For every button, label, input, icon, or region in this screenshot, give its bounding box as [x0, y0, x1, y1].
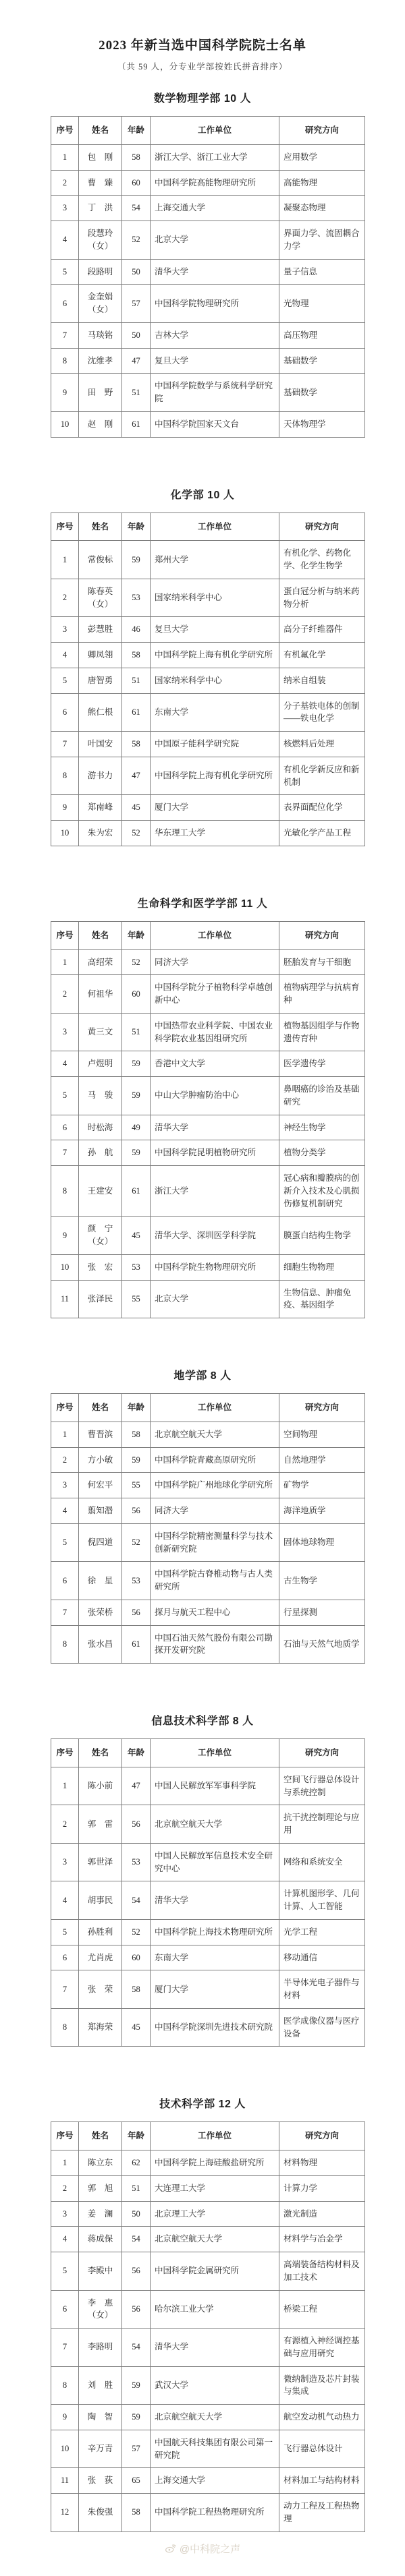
column-header: 研究方向	[279, 513, 365, 541]
age-cell: 53	[122, 579, 151, 617]
research-field-cell: 生物信息、肿瘤免疫、基因组学	[279, 1280, 365, 1318]
sections: 数学物理学部 10 人 序号姓名年龄工作单位研究方向 1包 刚58浙江大学、浙江…	[0, 90, 405, 2532]
work-unit-cell: 中国热带农业科学院、中国农业科学院农业基因组研究所	[151, 1013, 279, 1051]
age-cell: 57	[122, 285, 151, 323]
page-subtitle: （共 59 人，分专业学部按姓氏拼音排序）	[0, 60, 405, 72]
table-row: 4卿凤翎58中国科学院上海有机化学研究所有机氟化学	[51, 643, 365, 668]
age-cell: 62	[122, 2150, 151, 2176]
research-field-cell: 激光制造	[279, 2201, 365, 2227]
name-cell: 张荣桥	[79, 1600, 122, 1625]
row-number-cell: 5	[51, 259, 79, 285]
age-cell: 50	[122, 2201, 151, 2227]
name-cell: 陶 智	[79, 2405, 122, 2430]
work-unit-cell: 同济大学	[151, 949, 279, 975]
column-header: 年龄	[122, 117, 151, 145]
table-row: 2何祖华60中国科学院分子植物科学卓越创新中心植物病理学与抗病育种	[51, 975, 365, 1014]
table-row: 2曹 臻60中国科学院高能物理研究所高能物理	[51, 170, 365, 196]
work-unit-cell: 国家纳米科学中心	[151, 668, 279, 693]
age-cell: 54	[122, 2227, 151, 2252]
table-row: 10赵 刚61中国科学院国家天文台天体物理学	[51, 411, 365, 437]
table-row: 11张泽民55北京大学生物信息、肿瘤免疫、基因组学	[51, 1280, 365, 1318]
age-cell: 54	[122, 196, 151, 221]
work-unit-cell: 同济大学	[151, 1498, 279, 1524]
row-number-cell: 7	[51, 1140, 79, 1166]
column-header: 序号	[51, 1739, 79, 1767]
name-cell: 段路明	[79, 259, 122, 285]
work-unit-cell: 中国人民解放军军事科学院	[151, 1767, 279, 1805]
age-cell: 52	[122, 221, 151, 260]
research-field-cell: 动力工程及工程热物理	[279, 2494, 365, 2532]
table-row: 4胡事民54清华大学计算机图形学、几何计算、人工智能	[51, 1881, 365, 1920]
column-header: 姓名	[79, 1739, 122, 1767]
research-field-cell: 有机化学新反应和新机制	[279, 757, 365, 795]
research-field-cell: 计算机图形学、几何计算、人工智能	[279, 1881, 365, 1920]
row-number-cell: 7	[51, 732, 79, 757]
research-field-cell: 光物理	[279, 285, 365, 323]
row-number-cell: 10	[51, 1254, 79, 1280]
age-cell: 47	[122, 348, 151, 374]
row-number-cell: 9	[51, 374, 79, 412]
age-cell: 59	[122, 1447, 151, 1473]
table-row: 3何宏平55中国科学院广州地球化学研究所矿物学	[51, 1473, 365, 1498]
age-cell: 59	[122, 1140, 151, 1166]
table-row: 9田 野51中国科学院数学与系统科学研究院基础数学	[51, 374, 365, 412]
research-field-cell: 细胞生物物理	[279, 1254, 365, 1280]
age-cell: 58	[122, 1422, 151, 1447]
age-cell: 56	[122, 1600, 151, 1625]
age-cell: 58	[122, 2494, 151, 2532]
research-field-cell: 蛋白冠分析与纳米药物分析	[279, 579, 365, 617]
research-field-cell: 古生物学	[279, 1562, 365, 1600]
work-unit-cell: 中国科学院分子植物科学卓越创新中心	[151, 975, 279, 1014]
row-number-cell: 4	[51, 221, 79, 260]
work-unit-cell: 北京大学	[151, 1280, 279, 1318]
research-field-cell: 材料学与冶金学	[279, 2227, 365, 2252]
name-cell: 张 荻	[79, 2468, 122, 2494]
roster-table: 序号姓名年龄工作单位研究方向 1曹晋滨58北京航空航天大学空间物理2方小敏59中…	[51, 1393, 365, 1664]
research-field-cell: 凝聚态物理	[279, 196, 365, 221]
research-field-cell: 半导体光电子器件与材料	[279, 1970, 365, 2009]
table-row: 10辛万青57中国航天科技集团有限公司第一研究院飞行器总体设计	[51, 2430, 365, 2468]
table-row: 9颜 宁 （女）45清华大学、深圳医学科学院膜蛋白结构生物学	[51, 1217, 365, 1255]
row-number-cell: 3	[51, 1473, 79, 1498]
work-unit-cell: 复旦大学	[151, 617, 279, 643]
age-cell: 59	[122, 1051, 151, 1077]
research-field-cell: 高压物理	[279, 322, 365, 348]
age-cell: 46	[122, 617, 151, 643]
column-header: 工作单位	[151, 1394, 279, 1422]
table-row: 1曹晋滨58北京航空航天大学空间物理	[51, 1422, 365, 1447]
age-cell: 50	[122, 322, 151, 348]
research-field-cell: 医学遗传学	[279, 1051, 365, 1077]
research-field-cell: 移动通信	[279, 1945, 365, 1970]
row-number-cell: 5	[51, 2252, 79, 2291]
age-cell: 60	[122, 1945, 151, 1970]
research-field-cell: 神经生物学	[279, 1115, 365, 1140]
name-cell: 张水昌	[79, 1625, 122, 1664]
row-number-cell: 4	[51, 1881, 79, 1920]
name-cell: 张 宏	[79, 1254, 122, 1280]
research-field-cell: 基础数学	[279, 374, 365, 412]
name-cell: 郭 旭	[79, 2175, 122, 2201]
table-body: 1陈立东62中国科学院上海硅酸盐研究所材料物理2郭 旭51大连理工大学计算力学3…	[51, 2150, 365, 2532]
work-unit-cell: 中国原子能科学研究院	[151, 732, 279, 757]
work-unit-cell: 中国航天科技集团有限公司第一研究院	[151, 2430, 279, 2468]
table-row: 6熊仁根61东南大学分子基铁电体的创制 ——铁电化学	[51, 693, 365, 732]
table-row: 7叶国安58中国原子能科学研究院核燃料后处理	[51, 732, 365, 757]
research-field-cell: 空间物理	[279, 1422, 365, 1447]
table-row: 2郭 雷56北京航空航天大学抗干扰控制理论与应用	[51, 1805, 365, 1844]
name-cell: 颜 宁 （女）	[79, 1217, 122, 1255]
research-field-cell: 固体地球物理	[279, 1523, 365, 1562]
column-header: 工作单位	[151, 1739, 279, 1767]
work-unit-cell: 东南大学	[151, 693, 279, 732]
work-unit-cell: 吉林大学	[151, 322, 279, 348]
name-cell: 卿凤翎	[79, 643, 122, 668]
roster-section: 地学部 8 人 序号姓名年龄工作单位研究方向 1曹晋滨58北京航空航天大学空间物…	[0, 1367, 405, 1664]
age-cell: 47	[122, 1767, 151, 1805]
row-number-cell: 8	[51, 2008, 79, 2047]
age-cell: 53	[122, 1843, 151, 1881]
age-cell: 51	[122, 374, 151, 412]
row-number-cell: 8	[51, 1625, 79, 1664]
work-unit-cell: 清华大学	[151, 2329, 279, 2367]
work-unit-cell: 浙江大学、浙江工业大学	[151, 144, 279, 170]
column-header: 研究方向	[279, 921, 365, 949]
roster-table: 序号姓名年龄工作单位研究方向 1高绍荣52同济大学胚胎发育与干细胞2何祖华60中…	[51, 921, 365, 1318]
column-header: 姓名	[79, 117, 122, 145]
age-cell: 51	[122, 668, 151, 693]
age-cell: 59	[122, 541, 151, 579]
age-cell: 58	[122, 1970, 151, 2009]
research-field-cell: 纳米自组装	[279, 668, 365, 693]
research-field-cell: 空间飞行器总体设计与系统控制	[279, 1767, 365, 1805]
column-header: 研究方向	[279, 2122, 365, 2150]
row-number-cell: 7	[51, 1970, 79, 2009]
name-cell: 孙 航	[79, 1140, 122, 1166]
research-field-cell: 鼻咽癌的诊治及基础研究	[279, 1077, 365, 1115]
column-header: 工作单位	[151, 117, 279, 145]
row-number-cell: 1	[51, 1422, 79, 1447]
section-title: 生命科学和医学学部 11 人	[0, 895, 405, 910]
column-header: 年龄	[122, 2122, 151, 2150]
work-unit-cell: 北京航空航天大学	[151, 2405, 279, 2430]
table-body: 1陈小前47中国人民解放军军事科学院空间飞行器总体设计与系统控制2郭 雷56北京…	[51, 1767, 365, 2047]
column-header: 姓名	[79, 513, 122, 541]
age-cell: 56	[122, 1498, 151, 1524]
column-header: 序号	[51, 2122, 79, 2150]
column-header: 工作单位	[151, 921, 279, 949]
section-title: 信息技术科学部 8 人	[0, 1712, 405, 1728]
age-cell: 58	[122, 144, 151, 170]
table-row: 4段慧玲 （女）52北京大学界面力学、流固耦合力学	[51, 221, 365, 260]
table-header-row: 序号姓名年龄工作单位研究方向	[51, 921, 365, 949]
table-row: 6尤肖虎60东南大学移动通信	[51, 1945, 365, 1970]
row-number-cell: 11	[51, 2468, 79, 2494]
row-number-cell: 11	[51, 1280, 79, 1318]
table-body: 1常俊标59郑州大学有机化学、药物化学、化学生物学2陈春英 （女）53国家纳米科…	[51, 541, 365, 846]
name-cell: 辛万青	[79, 2430, 122, 2468]
name-cell: 常俊标	[79, 541, 122, 579]
name-cell: 何祖华	[79, 975, 122, 1014]
table-body: 1包 刚58浙江大学、浙江工业大学应用数学2曹 臻60中国科学院高能物理研究所高…	[51, 144, 365, 437]
research-field-cell: 飞行器总体设计	[279, 2430, 365, 2468]
weibo-icon	[165, 2543, 177, 2554]
row-number-cell: 1	[51, 144, 79, 170]
work-unit-cell: 中国科学院古脊椎动物与古人类研究所	[151, 1562, 279, 1600]
row-number-cell: 2	[51, 1447, 79, 1473]
name-cell: 李路明	[79, 2329, 122, 2367]
research-field-cell: 分子基铁电体的创制 ——铁电化学	[279, 693, 365, 732]
table-row: 3彭慧胜46复旦大学高分子纤维器件	[51, 617, 365, 643]
row-number-cell: 2	[51, 579, 79, 617]
research-field-cell: 界面力学、流固耦合力学	[279, 221, 365, 260]
work-unit-cell: 中国科学院上海有机化学研究所	[151, 643, 279, 668]
row-number-cell: 6	[51, 693, 79, 732]
work-unit-cell: 浙江大学	[151, 1166, 279, 1217]
table-row: 4翦知湣56同济大学海洋地质学	[51, 1498, 365, 1524]
column-header: 工作单位	[151, 513, 279, 541]
name-cell: 徐 星	[79, 1562, 122, 1600]
work-unit-cell: 北京航空航天大学	[151, 2227, 279, 2252]
name-cell: 方小敏	[79, 1447, 122, 1473]
name-cell: 赵 刚	[79, 411, 122, 437]
table-row: 9陶 智59北京航空航天大学航空发动机气动热力	[51, 2405, 365, 2430]
name-cell: 卢煜明	[79, 1051, 122, 1077]
row-number-cell: 3	[51, 196, 79, 221]
work-unit-cell: 中国科学院精密测量科学与技术创新研究院	[151, 1523, 279, 1562]
name-cell: 王建安	[79, 1166, 122, 1217]
work-unit-cell: 大连理工大学	[151, 2175, 279, 2201]
research-field-cell: 植物分类学	[279, 1140, 365, 1166]
research-field-cell: 抗干扰控制理论与应用	[279, 1805, 365, 1844]
name-cell: 张泽民	[79, 1280, 122, 1318]
row-number-cell: 5	[51, 1523, 79, 1562]
name-cell: 孙胜利	[79, 1919, 122, 1945]
name-cell: 朱俊强	[79, 2494, 122, 2532]
table-row: 8王建安61浙江大学冠心病和瓣膜病的创新介入技术及心肌损伤修复机制研究	[51, 1166, 365, 1217]
work-unit-cell: 中国科学院国家天文台	[151, 411, 279, 437]
work-unit-cell: 中国科学院物理研究所	[151, 285, 279, 323]
name-cell: 高绍荣	[79, 949, 122, 975]
roster-table: 序号姓名年龄工作单位研究方向 1包 刚58浙江大学、浙江工业大学应用数学2曹 臻…	[51, 116, 365, 438]
document-page: 2023 年新当选中国科学院院士名单 （共 59 人，分专业学部按姓氏拼音排序）…	[0, 0, 405, 2576]
column-header: 序号	[51, 513, 79, 541]
work-unit-cell: 探月与航天工程中心	[151, 1600, 279, 1625]
row-number-cell: 10	[51, 2430, 79, 2468]
row-number-cell: 7	[51, 1600, 79, 1625]
research-field-cell: 量子信息	[279, 259, 365, 285]
table-row: 7李路明54清华大学有源植入神经调控基础与应用研究	[51, 2329, 365, 2367]
page-title: 2023 年新当选中国科学院院士名单	[0, 35, 405, 53]
table-row: 7孙 航59中国科学院昆明植物研究所植物分类学	[51, 1140, 365, 1166]
work-unit-cell: 中国科学院生物物理研究所	[151, 1254, 279, 1280]
column-header: 年龄	[122, 1394, 151, 1422]
table-row: 1陈小前47中国人民解放军军事科学院空间飞行器总体设计与系统控制	[51, 1767, 365, 1805]
age-cell: 45	[122, 2008, 151, 2047]
research-field-cell: 冠心病和瓣膜病的创新介入技术及心肌损伤修复机制研究	[279, 1166, 365, 1217]
name-cell: 郑海荣	[79, 2008, 122, 2047]
age-cell: 61	[122, 693, 151, 732]
research-field-cell: 表界面配位化学	[279, 795, 365, 821]
row-number-cell: 2	[51, 975, 79, 1014]
column-header: 年龄	[122, 513, 151, 541]
work-unit-cell: 中国科学院工程热物理研究所	[151, 2494, 279, 2532]
row-number-cell: 4	[51, 1498, 79, 1524]
age-cell: 56	[122, 1805, 151, 1844]
name-cell: 朱为宏	[79, 821, 122, 846]
row-number-cell: 1	[51, 2150, 79, 2176]
table-row: 7马琰铭50吉林大学高压物理	[51, 322, 365, 348]
watermark: @中科院之声	[0, 2542, 405, 2556]
row-number-cell: 8	[51, 2366, 79, 2405]
age-cell: 58	[122, 732, 151, 757]
research-field-cell: 植物病理学与抗病育种	[279, 975, 365, 1014]
row-number-cell: 10	[51, 411, 79, 437]
work-unit-cell: 中国科学院金属研究所	[151, 2252, 279, 2291]
row-number-cell: 6	[51, 1945, 79, 1970]
table-row: 7张 荣58厦门大学半导体光电子器件与材料	[51, 1970, 365, 2009]
table-header-row: 序号姓名年龄工作单位研究方向	[51, 117, 365, 145]
age-cell: 55	[122, 1280, 151, 1318]
table-row: 5李殿中56中国科学院金属研究所高端装备结构材料及加工技术	[51, 2252, 365, 2291]
research-field-cell: 计算力学	[279, 2175, 365, 2201]
research-field-cell: 海洋地质学	[279, 1498, 365, 1524]
research-field-cell: 胚胎发育与干细胞	[279, 949, 365, 975]
table-header-row: 序号姓名年龄工作单位研究方向	[51, 513, 365, 541]
age-cell: 53	[122, 1562, 151, 1600]
name-cell: 时松海	[79, 1115, 122, 1140]
research-field-cell: 高能物理	[279, 170, 365, 196]
row-number-cell: 3	[51, 1013, 79, 1051]
research-field-cell: 材料加工与结构材料	[279, 2468, 365, 2494]
name-cell: 唐智勇	[79, 668, 122, 693]
table-row: 7张荣桥56探月与航天工程中心行星探测	[51, 1600, 365, 1625]
work-unit-cell: 中国科学院昆明植物研究所	[151, 1140, 279, 1166]
work-unit-cell: 哈尔滨工业大学	[151, 2290, 279, 2329]
watermark-text: @中科院之声	[180, 2542, 240, 2556]
work-unit-cell: 清华大学	[151, 259, 279, 285]
row-number-cell: 6	[51, 1115, 79, 1140]
age-cell: 59	[122, 1077, 151, 1115]
roster-table: 序号姓名年龄工作单位研究方向 1陈立东62中国科学院上海硅酸盐研究所材料物理2郭…	[51, 2121, 365, 2531]
name-cell: 陈春英 （女）	[79, 579, 122, 617]
section-title: 技术科学部 12 人	[0, 2095, 405, 2111]
age-cell: 51	[122, 2175, 151, 2201]
table-body: 1高绍荣52同济大学胚胎发育与干细胞2何祖华60中国科学院分子植物科学卓越创新中…	[51, 949, 365, 1318]
age-cell: 52	[122, 1523, 151, 1562]
work-unit-cell: 厦门大学	[151, 795, 279, 821]
column-header: 序号	[51, 1394, 79, 1422]
work-unit-cell: 上海交通大学	[151, 196, 279, 221]
table-header-row: 序号姓名年龄工作单位研究方向	[51, 1394, 365, 1422]
roster-section: 数学物理学部 10 人 序号姓名年龄工作单位研究方向 1包 刚58浙江大学、浙江…	[0, 90, 405, 438]
column-header: 序号	[51, 117, 79, 145]
name-cell: 胡事民	[79, 1881, 122, 1920]
table-row: 1常俊标59郑州大学有机化学、药物化学、化学生物学	[51, 541, 365, 579]
research-field-cell: 网络和系统安全	[279, 1843, 365, 1881]
row-number-cell: 9	[51, 795, 79, 821]
column-header: 序号	[51, 921, 79, 949]
age-cell: 54	[122, 2329, 151, 2367]
table-row: 6时松海49清华大学神经生物学	[51, 1115, 365, 1140]
roster-section: 信息技术科学部 8 人 序号姓名年龄工作单位研究方向 1陈小前47中国人民解放军…	[0, 1712, 405, 2047]
age-cell: 47	[122, 757, 151, 795]
row-number-cell: 6	[51, 285, 79, 323]
work-unit-cell: 中国科学院上海硅酸盐研究所	[151, 2150, 279, 2176]
work-unit-cell: 清华大学、深圳医学科学院	[151, 1217, 279, 1255]
row-number-cell: 5	[51, 668, 79, 693]
roster-table: 序号姓名年龄工作单位研究方向 1常俊标59郑州大学有机化学、药物化学、化学生物学…	[51, 513, 365, 846]
research-field-cell: 高端装备结构材料及加工技术	[279, 2252, 365, 2291]
table-row: 4卢煜明59香港中文大学医学遗传学	[51, 1051, 365, 1077]
table-row: 1包 刚58浙江大学、浙江工业大学应用数学	[51, 144, 365, 170]
work-unit-cell: 郑州大学	[151, 541, 279, 579]
research-field-cell: 行星探测	[279, 1600, 365, 1625]
table-row: 5倪四道52中国科学院精密测量科学与技术创新研究院固体地球物理	[51, 1523, 365, 1562]
roster-section: 技术科学部 12 人 序号姓名年龄工作单位研究方向 1陈立东62中国科学院上海硅…	[0, 2095, 405, 2531]
name-cell: 金奎娟 （女）	[79, 285, 122, 323]
work-unit-cell: 清华大学	[151, 1881, 279, 1920]
age-cell: 55	[122, 1473, 151, 1498]
age-cell: 49	[122, 1115, 151, 1140]
row-number-cell: 3	[51, 1843, 79, 1881]
table-row: 6徐 星53中国科学院古脊椎动物与古人类研究所古生物学	[51, 1562, 365, 1600]
work-unit-cell: 东南大学	[151, 1945, 279, 1970]
table-row: 6金奎娟 （女）57中国科学院物理研究所光物理	[51, 285, 365, 323]
age-cell: 54	[122, 1881, 151, 1920]
age-cell: 56	[122, 2252, 151, 2291]
column-header: 工作单位	[151, 2122, 279, 2150]
work-unit-cell: 北京理工大学	[151, 2201, 279, 2227]
age-cell: 53	[122, 1254, 151, 1280]
column-header: 研究方向	[279, 1394, 365, 1422]
row-number-cell: 5	[51, 1077, 79, 1115]
row-number-cell: 7	[51, 2329, 79, 2367]
work-unit-cell: 中国科学院上海技术物理研究所	[151, 1919, 279, 1945]
name-cell: 郭世泽	[79, 1843, 122, 1881]
row-number-cell: 8	[51, 1166, 79, 1217]
row-number-cell: 6	[51, 2290, 79, 2329]
column-header: 姓名	[79, 921, 122, 949]
name-cell: 包 刚	[79, 144, 122, 170]
research-field-cell: 植物基因组学与作物遗传育种	[279, 1013, 365, 1051]
name-cell: 黄三文	[79, 1013, 122, 1051]
table-header-row: 序号姓名年龄工作单位研究方向	[51, 2122, 365, 2150]
roster-table: 序号姓名年龄工作单位研究方向 1陈小前47中国人民解放军军事科学院空间飞行器总体…	[51, 1738, 365, 2047]
name-cell: 翦知湣	[79, 1498, 122, 1524]
row-number-cell: 2	[51, 2175, 79, 2201]
table-row: 8郑海荣45中国科学院深圳先进技术研究院医学成像仪器与医疗设备	[51, 2008, 365, 2047]
column-header: 研究方向	[279, 117, 365, 145]
table-row: 9郑南峰45厦门大学表界面配位化学	[51, 795, 365, 821]
roster-section: 生命科学和医学学部 11 人 序号姓名年龄工作单位研究方向 1高绍荣52同济大学…	[0, 895, 405, 1318]
name-cell: 蒋成保	[79, 2227, 122, 2252]
table-row: 10朱为宏52华东理工大学光敏化学产品工程	[51, 821, 365, 846]
table-row: 8张水昌61中国石油天然气股份有限公司勘探开发研究院石油与天然气地质学	[51, 1625, 365, 1664]
row-number-cell: 9	[51, 2405, 79, 2430]
research-field-cell: 光敏化学产品工程	[279, 821, 365, 846]
work-unit-cell: 上海交通大学	[151, 2468, 279, 2494]
table-row: 8沈维孝47复旦大学基础数学	[51, 348, 365, 374]
name-cell: 何宏平	[79, 1473, 122, 1498]
table-row: 8游书力47中国科学院上海有机化学研究所有机化学新反应和新机制	[51, 757, 365, 795]
row-number-cell: 1	[51, 541, 79, 579]
table-row: 5马 骏59中山大学肿瘤防治中心鼻咽癌的诊治及基础研究	[51, 1077, 365, 1115]
row-number-cell: 4	[51, 1051, 79, 1077]
table-row: 3丁 洪54上海交通大学凝聚态物理	[51, 196, 365, 221]
name-cell: 陈小前	[79, 1767, 122, 1805]
